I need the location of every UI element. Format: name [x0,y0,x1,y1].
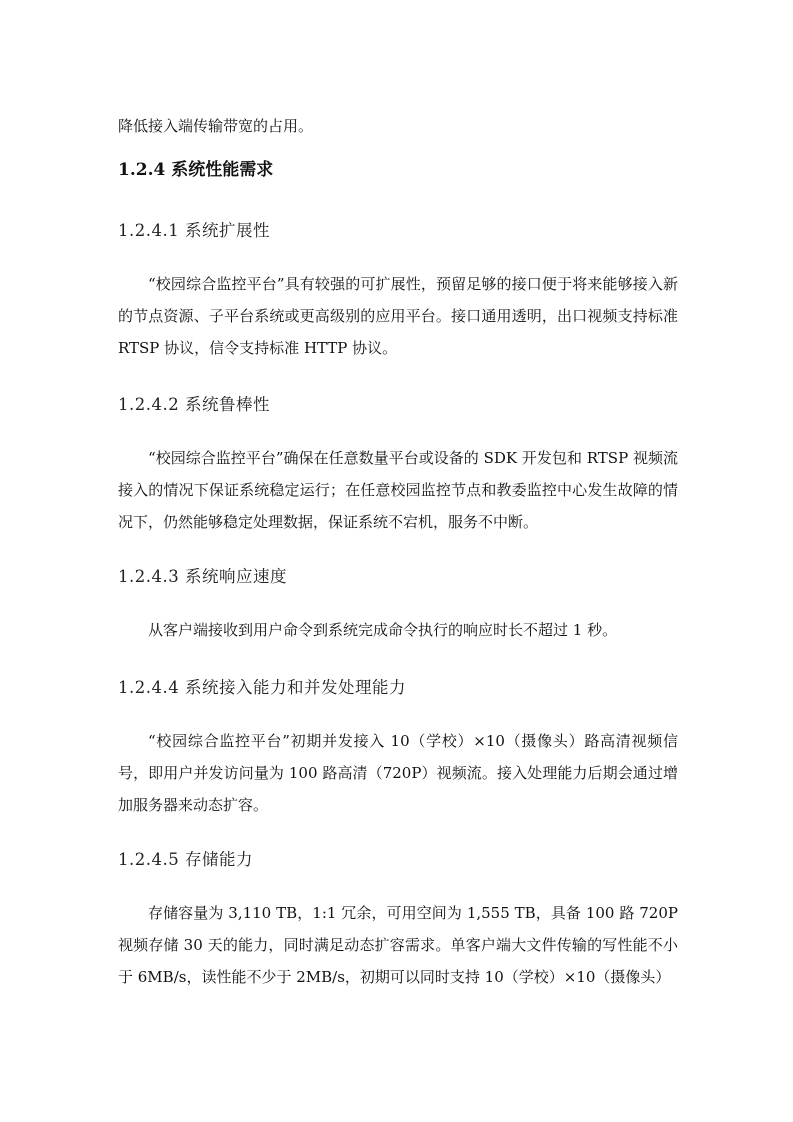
subsection-title: 系统扩展性 [185,221,270,240]
subsection-heading: 1.2.4.1 系统扩展性 [118,221,270,241]
section-number: 1.2.4 [118,160,165,180]
subsection-heading: 1.2.4.2 系统鲁棒性 [118,395,270,415]
carryover-text: 降低接入端传输带宽的占用。 [118,116,313,136]
subsection-title: 存储能力 [185,850,253,869]
subsection-number: 1.2.4.1 [118,221,179,240]
subsection-heading: 1.2.4.5 存储能力 [118,850,253,870]
section-title: 系统性能需求 [171,160,273,180]
paragraph: 存储容量为 3,110 TB，1:1 冗余，可用空间为 1,555 TB，具备 … [118,897,678,993]
subsection-number: 1.2.4.2 [118,395,179,414]
subsection-title: 系统鲁棒性 [185,395,270,414]
subsection-heading: 1.2.4.4 系统接入能力和并发处理能力 [118,678,406,698]
paragraph: “校园综合监控平台”初期并发接入 10（学校）×10（摄像头）路高清视频信号，即… [118,725,678,821]
paragraph: “校园综合监控平台”确保在任意数量平台或设备的 SDK 开发包和 RTSP 视频… [118,442,678,538]
subsection-title: 系统响应速度 [185,567,287,586]
paragraph: “校园综合监控平台”具有较强的可扩展性，预留足够的接口便于将来能够接入新的节点资… [118,268,678,364]
paragraph: 从客户端接收到用户命令到系统完成命令执行的响应时长不超过 1 秒。 [118,614,678,646]
subsection-heading: 1.2.4.3 系统响应速度 [118,567,287,587]
subsection-number: 1.2.4.5 [118,850,179,869]
subsection-number: 1.2.4.3 [118,567,179,586]
section-heading: 1.2.4 系统性能需求 [118,160,273,180]
subsection-number: 1.2.4.4 [118,678,179,697]
subsection-title: 系统接入能力和并发处理能力 [185,678,406,697]
